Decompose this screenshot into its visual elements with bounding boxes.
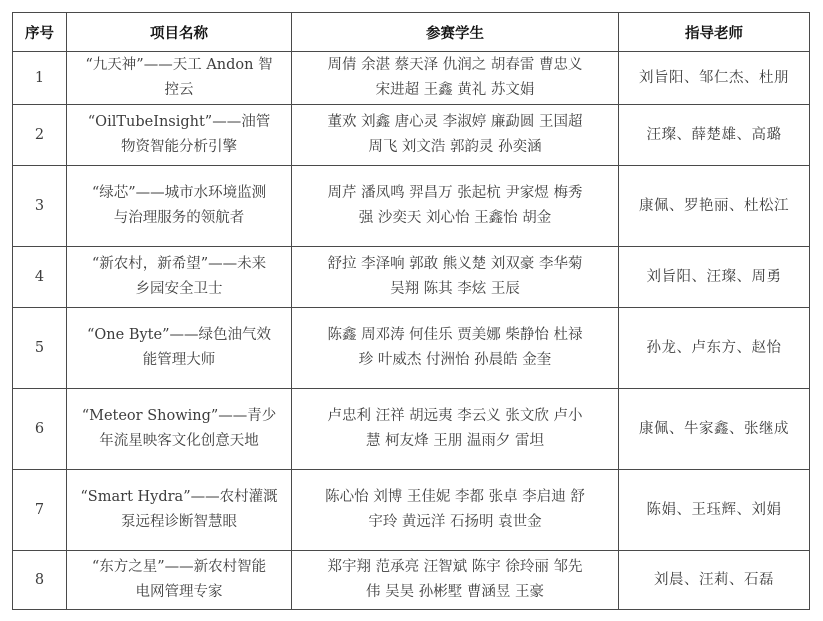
students: 陈鑫 周邓涛 何佳乐 贾美娜 柴静怡 杜禄珍 叶威杰 付洲怡 孙晨皓 金奎 bbox=[292, 308, 619, 389]
table-row: 4 “新农村，新希望”——未来乡园安全卫士 舒拉 李泽响 郭敢 熊义楚 刘双豪 … bbox=[13, 247, 810, 308]
students: 周芹 潘凤鸣 羿昌万 张起杭 尹家煜 梅秀强 沙奕天 刘心怡 王鑫怡 胡金 bbox=[292, 166, 619, 247]
teachers: 刘晨、汪莉、石磊 bbox=[619, 551, 810, 610]
students-line: 强 沙奕天 刘心怡 王鑫怡 胡金 bbox=[298, 206, 612, 231]
students-line: 陈心怡 刘博 王佳妮 李都 张卓 李启迪 舒 bbox=[298, 485, 612, 510]
project-name: “绿芯”——城市水环境监测与治理服务的领航者 bbox=[67, 166, 292, 247]
project-name-line: 能管理大师 bbox=[73, 348, 285, 373]
table-row: 6 “Meteor Showing”——青少年流星映客文化创意天地 卢忠利 汪祥… bbox=[13, 389, 810, 470]
project-name-line: 控云 bbox=[73, 78, 285, 103]
teachers: 陈娟、王珏辉、刘娟 bbox=[619, 470, 810, 551]
project-name-line: “Smart Hydra”——农村灌溉 bbox=[73, 485, 285, 510]
teachers: 汪璨、薛楚雄、高璐 bbox=[619, 105, 810, 166]
table-row: 5 “One Byte”——绿色油气效能管理大师 陈鑫 周邓涛 何佳乐 贾美娜 … bbox=[13, 308, 810, 389]
project-name-line: 年流星映客文化创意天地 bbox=[73, 429, 285, 454]
project-name-line: 物资智能分析引擎 bbox=[73, 135, 285, 160]
students: 周倩 余湛 蔡天泽 仇润之 胡春雷 曹忠义宋进超 王鑫 黄礼 苏文娟 bbox=[292, 52, 619, 105]
students-line: 周倩 余湛 蔡天泽 仇润之 胡春雷 曹忠义 bbox=[298, 53, 612, 78]
project-name: “Smart Hydra”——农村灌溉泵远程诊断智慧眼 bbox=[67, 470, 292, 551]
row-number: 4 bbox=[13, 247, 67, 308]
students-line: 伟 吴昊 孙彬墅 曹涵昱 王豪 bbox=[298, 580, 612, 605]
teachers: 刘旨阳、邹仁杰、杜朋 bbox=[619, 52, 810, 105]
table-row: 1 “九天神”——天工 Andon 智控云 周倩 余湛 蔡天泽 仇润之 胡春雷 … bbox=[13, 52, 810, 105]
project-name-line: 电网管理专家 bbox=[73, 580, 285, 605]
students: 郑宇翔 范承亮 汪智斌 陈宇 徐玲丽 邹先伟 吴昊 孙彬墅 曹涵昱 王豪 bbox=[292, 551, 619, 610]
project-name-line: “九天神”——天工 Andon 智 bbox=[73, 53, 285, 78]
students-line: 陈鑫 周邓涛 何佳乐 贾美娜 柴静怡 杜禄 bbox=[298, 323, 612, 348]
project-name: “新农村，新希望”——未来乡园安全卫士 bbox=[67, 247, 292, 308]
students-line: 珍 叶威杰 付洲怡 孙晨皓 金奎 bbox=[298, 348, 612, 373]
students: 董欢 刘鑫 唐心灵 李淑婷 廉勐圆 王国超周飞 刘文浩 郭韵灵 孙奕涵 bbox=[292, 105, 619, 166]
table-row: 7 “Smart Hydra”——农村灌溉泵远程诊断智慧眼 陈心怡 刘博 王佳妮… bbox=[13, 470, 810, 551]
teachers: 康佩、牛家鑫、张继成 bbox=[619, 389, 810, 470]
project-name-line: “Meteor Showing”——青少 bbox=[73, 404, 285, 429]
row-number: 2 bbox=[13, 105, 67, 166]
project-name: “Meteor Showing”——青少年流星映客文化创意天地 bbox=[67, 389, 292, 470]
header-row: 序号 项目名称 参赛学生 指导老师 bbox=[13, 13, 810, 52]
header-students: 参赛学生 bbox=[292, 13, 619, 52]
project-name-line: “东方之星”——新农村智能 bbox=[73, 555, 285, 580]
row-number: 1 bbox=[13, 52, 67, 105]
row-number: 3 bbox=[13, 166, 67, 247]
project-name-line: “One Byte”——绿色油气效 bbox=[73, 323, 285, 348]
project-name-line: “绿芯”——城市水环境监测 bbox=[73, 181, 285, 206]
project-name-line: “OilTubeInsight”——油管 bbox=[73, 110, 285, 135]
project-name: “东方之星”——新农村智能电网管理专家 bbox=[67, 551, 292, 610]
project-name-line: 泵远程诊断智慧眼 bbox=[73, 510, 285, 535]
teachers: 刘旨阳、汪璨、周勇 bbox=[619, 247, 810, 308]
table-row: 8 “东方之星”——新农村智能电网管理专家 郑宇翔 范承亮 汪智斌 陈宇 徐玲丽… bbox=[13, 551, 810, 610]
project-name-line: “新农村，新希望”——未来 bbox=[73, 252, 285, 277]
table-row: 2 “OilTubeInsight”——油管物资智能分析引擎 董欢 刘鑫 唐心灵… bbox=[13, 105, 810, 166]
students: 舒拉 李泽响 郭敢 熊义楚 刘双豪 李华菊吴翔 陈其 李炫 王辰 bbox=[292, 247, 619, 308]
row-number: 8 bbox=[13, 551, 67, 610]
students: 卢忠利 汪祥 胡远夷 李云义 张文欣 卢小慧 柯友烽 王朋 温雨夕 雷坦 bbox=[292, 389, 619, 470]
students-line: 舒拉 李泽响 郭敢 熊义楚 刘双豪 李华菊 bbox=[298, 252, 612, 277]
students-line: 周芹 潘凤鸣 羿昌万 张起杭 尹家煜 梅秀 bbox=[298, 181, 612, 206]
header-no: 序号 bbox=[13, 13, 67, 52]
students-line: 吴翔 陈其 李炫 王辰 bbox=[298, 277, 612, 302]
project-name-line: 乡园安全卫士 bbox=[73, 277, 285, 302]
teachers: 孙龙、卢东方、赵怡 bbox=[619, 308, 810, 389]
header-teachers: 指导老师 bbox=[619, 13, 810, 52]
project-name: “九天神”——天工 Andon 智控云 bbox=[67, 52, 292, 105]
teachers: 康佩、罗艳丽、杜松江 bbox=[619, 166, 810, 247]
row-number: 5 bbox=[13, 308, 67, 389]
students-line: 周飞 刘文浩 郭韵灵 孙奕涵 bbox=[298, 135, 612, 160]
students: 陈心怡 刘博 王佳妮 李都 张卓 李启迪 舒宇玲 黄远洋 石扬明 袁世金 bbox=[292, 470, 619, 551]
students-line: 郑宇翔 范承亮 汪智斌 陈宇 徐玲丽 邹先 bbox=[298, 555, 612, 580]
project-name: “OilTubeInsight”——油管物资智能分析引擎 bbox=[67, 105, 292, 166]
students-line: 董欢 刘鑫 唐心灵 李淑婷 廉勐圆 王国超 bbox=[298, 110, 612, 135]
students-line: 卢忠利 汪祥 胡远夷 李云义 张文欣 卢小 bbox=[298, 404, 612, 429]
team-roster-table: 序号 项目名称 参赛学生 指导老师 1 “九天神”——天工 Andon 智控云 … bbox=[12, 12, 810, 610]
students-line: 宇玲 黄远洋 石扬明 袁世金 bbox=[298, 510, 612, 535]
row-number: 6 bbox=[13, 389, 67, 470]
table-row: 3 “绿芯”——城市水环境监测与治理服务的领航者 周芹 潘凤鸣 羿昌万 张起杭 … bbox=[13, 166, 810, 247]
project-name-line: 与治理服务的领航者 bbox=[73, 206, 285, 231]
header-project: 项目名称 bbox=[67, 13, 292, 52]
students-line: 宋进超 王鑫 黄礼 苏文娟 bbox=[298, 78, 612, 103]
students-line: 慧 柯友烽 王朋 温雨夕 雷坦 bbox=[298, 429, 612, 454]
row-number: 7 bbox=[13, 470, 67, 551]
project-name: “One Byte”——绿色油气效能管理大师 bbox=[67, 308, 292, 389]
